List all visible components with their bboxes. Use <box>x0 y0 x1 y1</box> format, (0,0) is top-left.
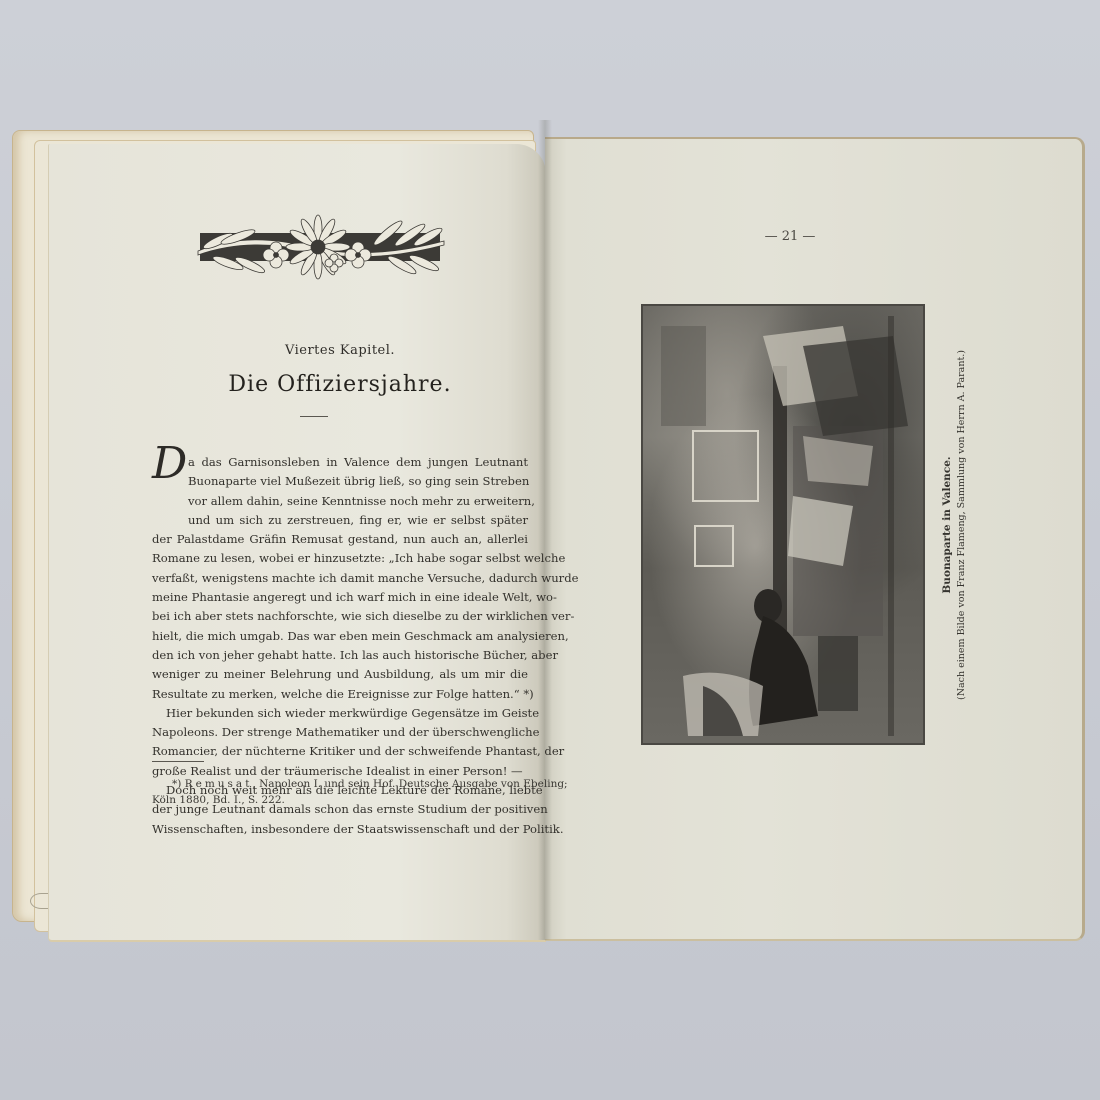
text-line: Resultate zu merken, welche die Ereignis… <box>152 685 528 704</box>
caption-credit: (Nach einem Bilde von Franz Flameng, Sam… <box>954 305 970 745</box>
text-line: verfaßt, wenigstens machte ich damit man… <box>152 569 528 588</box>
text-line: den ich von jeher gehabt hatte. Ich las … <box>152 646 528 665</box>
text-line: Hier bekunden sich wieder merkwürdige Ge… <box>152 704 528 723</box>
book-spine <box>538 120 552 940</box>
engraving-plate <box>641 304 925 745</box>
page-number: — 21 — <box>740 229 840 244</box>
officer-at-desk-illustration <box>643 306 923 743</box>
text-line: Buonaparte viel Mußezeit übrig ließ, so … <box>152 472 528 491</box>
plate-caption: Buonaparte in Valence. (Nach einem Bilde… <box>940 305 980 745</box>
text-line: weniger zu meiner Belehrung und Ausbildu… <box>152 665 528 684</box>
text-line: hielt, die mich umgab. Das war eben mein… <box>152 627 528 646</box>
flower-vignette-icon <box>188 211 454 283</box>
footnote-source: , Napoleon I. und sein Hof. Deutsche Aus… <box>252 778 567 790</box>
text-line: und um sich zu zerstreuen, fing er, wie … <box>152 511 528 530</box>
text-line: Romane zu lesen, wobei er hinzusetzte: „… <box>152 549 528 568</box>
footnote-line: *) Remusat, Napoleon I. und sein Hof. De… <box>152 776 532 792</box>
chapter-title: Die Offiziersjahre. <box>140 372 540 397</box>
footnote: *) Remusat, Napoleon I. und sein Hof. De… <box>152 776 532 808</box>
footnote-marker: *) <box>172 778 181 790</box>
text-line: Romancier, der nüchterne Kritiker und de… <box>152 742 528 761</box>
caption-title: Buonaparte in Valence. <box>940 305 954 745</box>
footnote-line: Köln 1880, Bd. I., S. 222. <box>152 792 532 808</box>
chapter-label: Viertes Kapitel. <box>140 343 540 358</box>
title-rule <box>300 416 328 417</box>
text-line: der Palastdame Gräfin Remusat gestand, n… <box>152 530 528 549</box>
footnote-author: Remusat <box>185 778 253 790</box>
text-line: vor allem dahin, seine Kenntnisse noch m… <box>152 492 528 511</box>
text-line: a das Garnisonsleben in Valence dem jung… <box>152 453 528 472</box>
text-line: meine Phantasie angeregt und ich warf mi… <box>152 588 528 607</box>
text-line: bei ich aber stets nachforschte, wie sic… <box>152 607 528 626</box>
text-line: Wissenschaften, insbesondere der Staatsw… <box>152 820 528 839</box>
text-line: Napoleons. Der strenge Mathematiker und … <box>152 723 528 742</box>
floral-ornament-icon <box>200 233 440 261</box>
footnote-rule <box>152 761 204 762</box>
